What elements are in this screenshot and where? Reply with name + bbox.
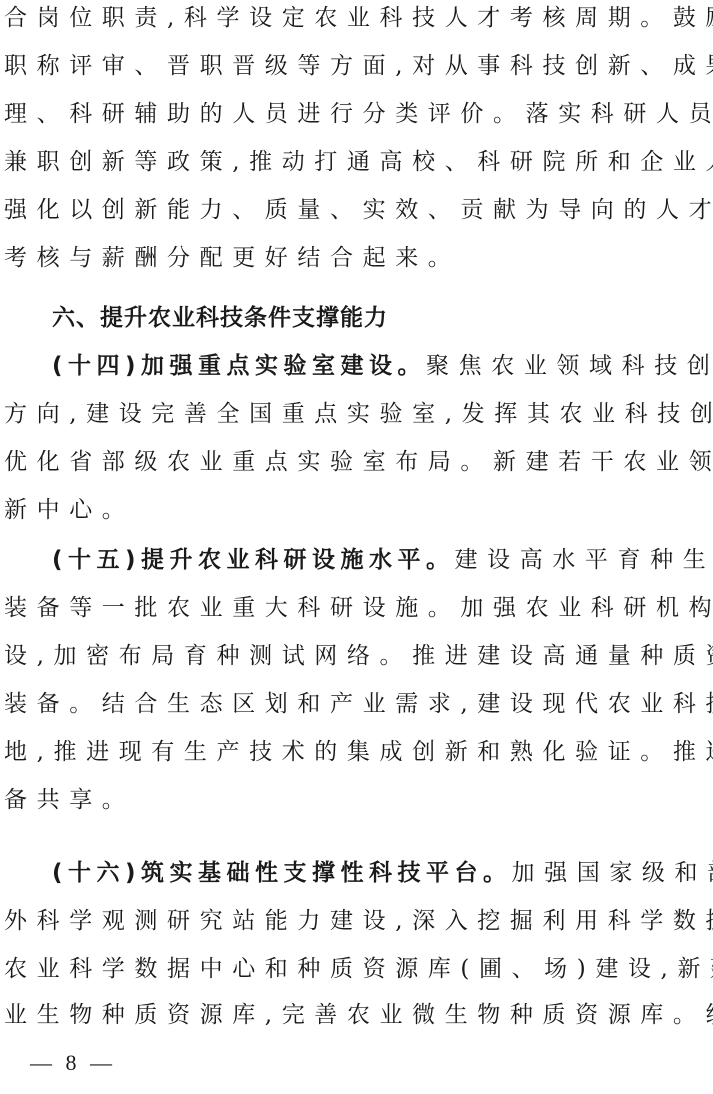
item-15-first-line: (十五)提升农业科研设施水平。建设高水平育种生境模拟 xyxy=(52,545,713,575)
item-14-title: (十四)加强重点实验室建设。 xyxy=(52,353,426,379)
item-16-title: (十六)筑实基础性支撑性科技平台。 xyxy=(52,860,512,886)
item-16-text: 加强国家级和部级野 xyxy=(512,860,713,886)
paragraph-line: 设,加密布局育种测试网络。推进建设高通量种质资源表型鉴定 xyxy=(4,641,713,671)
paragraph-line: 优化省部级农业重点实验室布局。新建若干农业领域国家技术创 xyxy=(4,447,713,477)
paragraph-line: 农业科学数据中心和种质资源库(圃、场)建设,新建国家淡水渔 xyxy=(4,954,713,984)
paragraph-line: 备共享。 xyxy=(4,785,713,815)
paragraph-line: 理、科研辅助的人员进行分类评价。落实科研人员离岗创办企业、 xyxy=(4,99,713,129)
item-16-first-line: (十六)筑实基础性支撑性科技平台。加强国家级和部级野 xyxy=(52,858,713,888)
item-15-title: (十五)提升农业科研设施水平。 xyxy=(52,547,455,573)
paragraph-line: 外科学观测研究站能力建设,深入挖掘利用科学数据资源。加强 xyxy=(4,906,713,936)
paragraph-line: 合岗位职责,科学设定农业科技人才考核周期。鼓励科研院校在 xyxy=(4,3,713,33)
paragraph-line: 职称评审、晋职晋级等方面,对从事科技创新、成果转化、科技管 xyxy=(4,51,713,81)
paragraph-line: 装备。结合生态区划和产业需求,建设现代农业科技试验示范基 xyxy=(4,689,713,719)
item-14-first-line: (十四)加强重点实验室建设。聚焦农业领域科技创新重点 xyxy=(52,351,713,381)
paragraph-line: 兼职创新等政策,推动打通高校、科研院所和企业人才交流通道。 xyxy=(4,147,713,177)
page-number: — 8 — xyxy=(30,1050,116,1076)
item-14-text: 聚焦农业领域科技创新重点 xyxy=(426,353,713,379)
paragraph-line: 业生物种质资源库,完善农业微生物种质资源库。统筹推进高等 xyxy=(4,1000,713,1030)
paragraph-line: 地,推进现有生产技术的集成创新和熟化验证。推进大型仪器设 xyxy=(4,737,713,767)
paragraph-line: 方向,建设完善全国重点实验室,发挥其农业科技创新骨干作用。 xyxy=(4,399,713,429)
paragraph-line: 新中心。 xyxy=(4,495,713,525)
paragraph-line: 装备等一批农业重大科研设施。加强农业科研机构试验基地建 xyxy=(4,593,713,623)
section-heading: 六、提升农业科技条件支撑能力 xyxy=(52,303,713,333)
item-15-text: 建设高水平育种生境模拟 xyxy=(455,547,713,573)
paragraph-line: 考核与薪酬分配更好结合起来。 xyxy=(4,243,713,273)
paragraph-line: 强化以创新能力、质量、实效、贡献为导向的人才评价体系,把绩效 xyxy=(4,195,713,225)
